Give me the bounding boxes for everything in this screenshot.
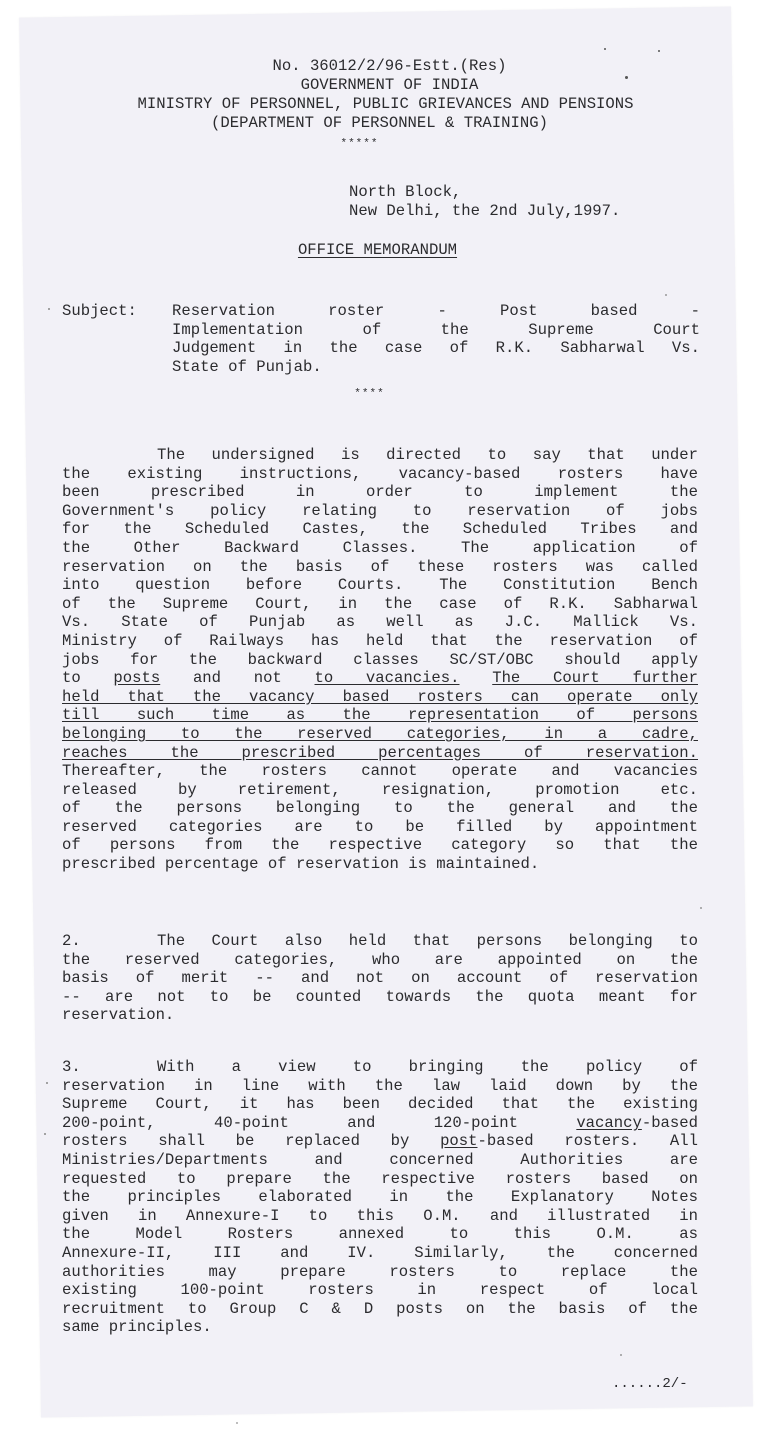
subject-label: Subject: — [62, 302, 137, 321]
scan-speck — [46, 1082, 48, 1084]
scan-speck — [48, 308, 50, 310]
text-run: and not — [193, 669, 315, 687]
department-heading: (DEPARTMENT OF PERSONNEL & TRAINING) — [0, 114, 769, 133]
government-heading: GOVERNMENT OF INDIA — [0, 76, 779, 95]
text-run: The Court also held that persons belongi… — [157, 932, 698, 951]
paragraph-line: reservation in line with the law laid do… — [62, 1077, 698, 1096]
paragraph-line: same principles. — [62, 1318, 698, 1337]
paragraph-line-numbered: 3. With a view to bringing the policy of — [62, 1058, 698, 1077]
memorandum-title-wrapper: OFFICE MEMORANDUM — [0, 241, 767, 260]
subject-stars-separator: **** — [0, 385, 759, 404]
subject-line: Reservation roster - Post based - — [172, 302, 700, 321]
paragraph-line: jobs for the backward classes SC/ST/OBC … — [62, 651, 698, 670]
paragraph-line: reservation on the basis of these roster… — [62, 558, 698, 577]
paragraph-line: the principles elaborated in the Explana… — [62, 1188, 698, 1207]
scan-speck — [604, 48, 606, 50]
underlined-holding-line: reaches the prescribed percentages of re… — [62, 744, 698, 763]
paragraph-line: for the Scheduled Castes, the Scheduled … — [62, 520, 698, 539]
paragraph-line: existing 100-point rosters in respect of… — [62, 1281, 698, 1300]
paragraph-line-mixed: to posts and not to vacancies. The Court… — [62, 669, 698, 688]
paragraph-line: Government's policy relating to reservat… — [62, 502, 698, 521]
underlined-holding-line: held that the vacancy based rosters can … — [62, 688, 698, 707]
paragraph-line: Annexure-II, III and IV. Similarly, the … — [62, 1244, 698, 1263]
underlined-holding-line: belonging to the reserved categories, in… — [62, 725, 698, 744]
paragraph-line: Vs. State of Punjab as well as J.C. Mall… — [62, 613, 698, 632]
scan-speck — [658, 50, 660, 52]
paragraph-line: Thereafter, the rosters cannot operate a… — [62, 762, 698, 781]
scan-speck — [44, 1133, 46, 1135]
underlined-to-vacancies: to vacancies. — [315, 669, 460, 687]
text-run: rosters shall be replaced by — [62, 1132, 440, 1150]
underlined-vacancy: vacancy — [576, 1114, 642, 1132]
header-stars-separator: ***** — [0, 135, 749, 154]
paragraph-3: 3. With a view to bringing the policy of… — [62, 1058, 698, 1337]
text-run: -based — [642, 1114, 698, 1132]
paragraph-line: -- are not to be counted towards the quo… — [62, 988, 698, 1007]
paragraph-line: of persons from the respective category … — [62, 836, 698, 855]
paragraph-line: prescribed percentage of reservation is … — [62, 855, 698, 874]
subject-line: Judgement in the case of R.K. Sabharwal … — [172, 339, 700, 358]
paragraph-line: the Model Rosters annexed to this O.M. a… — [62, 1225, 698, 1244]
scan-speck — [236, 1422, 238, 1424]
text-run: 200-point, 40-point and 120-point — [62, 1114, 576, 1132]
paragraph-line: the Other Backward Classes. The applicat… — [62, 539, 698, 558]
address-date-line: New Delhi, the 2nd July,1997. — [349, 202, 620, 221]
paragraph-line: authorities may prepare rosters to repla… — [62, 1263, 698, 1282]
paragraph-line: basis of merit -- and not on account of … — [62, 969, 698, 988]
paragraph-line: into question before Courts. The Constit… — [62, 576, 698, 595]
ministry-heading: MINISTRY OF PERSONNEL, PUBLIC GRIEVANCES… — [0, 95, 775, 114]
paragraph-line: of the persons belonging to the general … — [62, 799, 698, 818]
paragraph-line: recruitment to Group C & D posts on the … — [62, 1300, 698, 1319]
page-continuation-marker: ......2/- — [612, 1375, 688, 1394]
subject-line: Implementation of the Supreme Court — [172, 321, 700, 340]
paragraph-line: the existing instructions, vacancy-based… — [62, 465, 698, 484]
paragraph-line: requested to prepare the respective rost… — [62, 1170, 698, 1189]
underlined-holding-line: till such time as the representation of … — [62, 706, 698, 725]
text-run: -based rosters. All — [478, 1132, 698, 1150]
underlined-posts: posts — [113, 669, 160, 687]
subject-text: Reservation roster - Post based - Implem… — [172, 302, 700, 376]
reference-number: No. 36012/2/96-Estt.(Res) — [0, 57, 779, 76]
paragraph-line: Ministry of Railways has held that the r… — [62, 632, 698, 651]
underlined-court-further: The Court further — [492, 669, 698, 687]
office-memorandum-document: No. 36012/2/96-Estt.(Res) GOVERNMENT OF … — [0, 0, 779, 1445]
paragraph-line: of the Supreme Court, in the case of R.K… — [62, 595, 698, 614]
subject-line: State of Punjab. — [172, 358, 700, 377]
paragraph-number: 2. — [62, 932, 81, 951]
paragraph-line: reserved categories are to be filled by … — [62, 818, 698, 837]
text-run: With a view to bringing the policy of — [157, 1058, 698, 1077]
paragraph-line: the reserved categories, who are appoint… — [62, 951, 698, 970]
scan-speck — [700, 907, 702, 909]
memorandum-title: OFFICE MEMORANDUM — [298, 241, 457, 259]
paragraph-line: Ministries/Departments and concerned Aut… — [62, 1151, 698, 1170]
paragraph-line-mixed: 200-point, 40-point and 120-point vacanc… — [62, 1114, 698, 1133]
paragraph-line-numbered: 2. The Court also held that persons belo… — [62, 932, 698, 951]
scan-speck — [665, 294, 667, 296]
paragraph-line: been prescribed in order to implement th… — [62, 483, 698, 502]
address-line-1: North Block, — [349, 183, 461, 202]
paragraph-line: Supreme Court, it has been decided that … — [62, 1095, 698, 1114]
paragraph-1: The undersigned is directed to say that … — [62, 446, 698, 874]
paragraph-line: released by retirement, resignation, pro… — [62, 781, 698, 800]
text-run: to — [62, 669, 113, 687]
paragraph-2: 2. The Court also held that persons belo… — [62, 932, 698, 1025]
paragraph-line: reservation. — [62, 1006, 698, 1025]
paragraph-line: given in Annexure-I to this O.M. and ill… — [62, 1207, 698, 1226]
paragraph-line: The undersigned is directed to say that … — [62, 446, 698, 465]
scan-speck — [625, 76, 628, 79]
paragraph-line-mixed: rosters shall be replaced by post-based … — [62, 1132, 698, 1151]
scan-speck — [620, 1354, 622, 1356]
paragraph-number: 3. — [62, 1058, 81, 1077]
underlined-post: post — [440, 1132, 477, 1150]
